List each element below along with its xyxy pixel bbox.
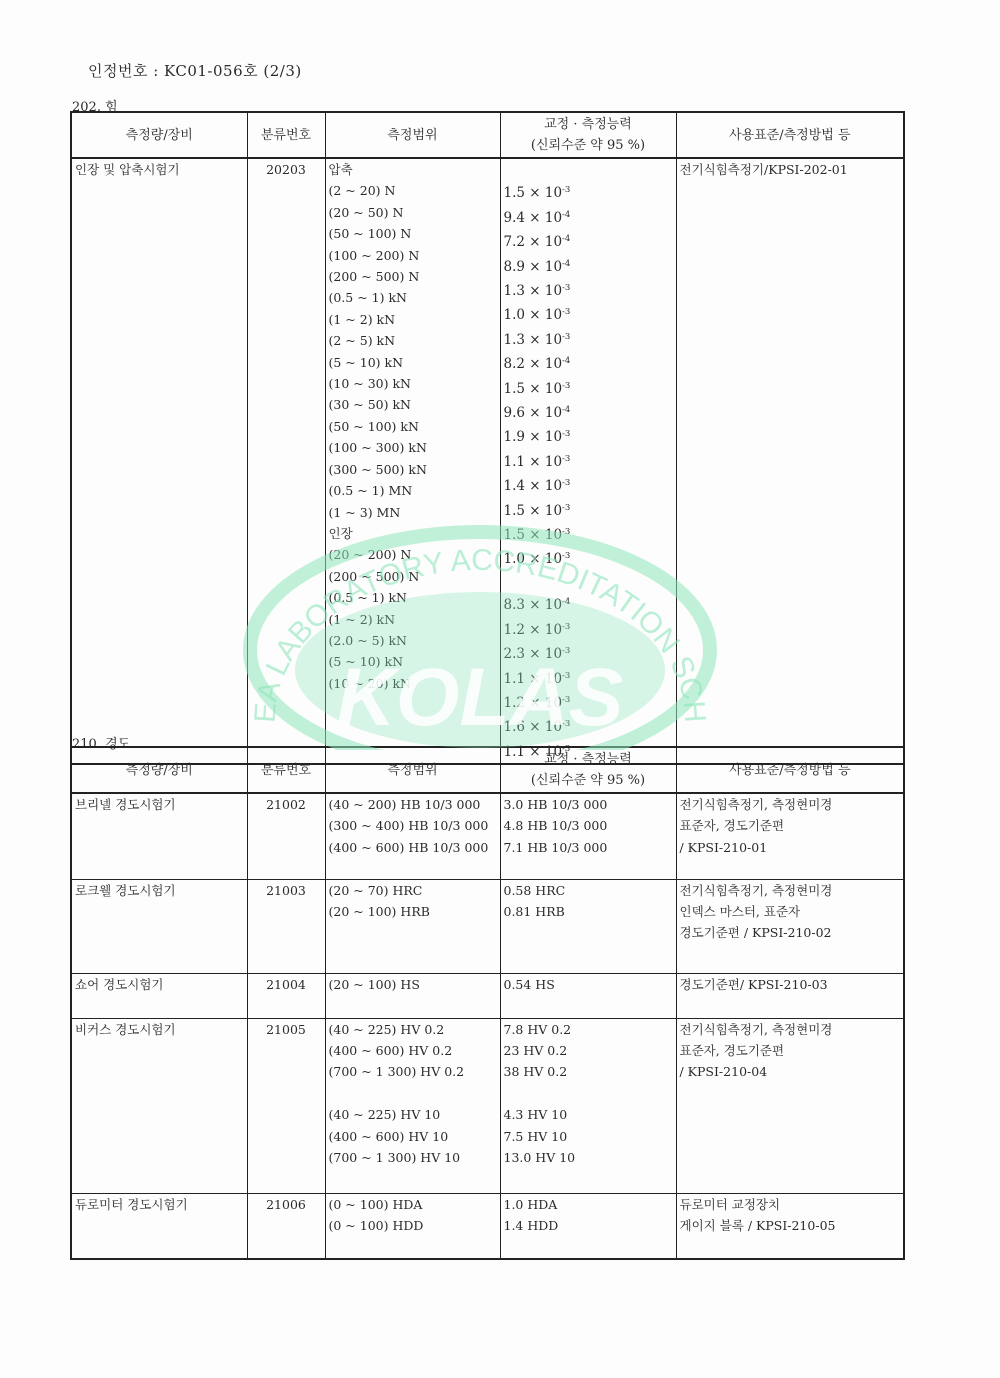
cmc-value: 1.5 × 10-3 (504, 522, 673, 546)
cmc-cell: 0.58 HRC0.81 HRB (500, 879, 676, 973)
cmc-value: 1.3 × 10-3 (504, 327, 673, 351)
cmc-value: 1.9 × 10-3 (504, 424, 673, 448)
item-code: 20203 (247, 158, 325, 764)
standard-line: 전기식힘측정기, 측정현미경 (680, 880, 901, 901)
hardness-table: 측정량/장비 분류번호 측정범위 교정 · 측정능력(신뢰수준 약 95 %) … (70, 746, 905, 1260)
range-value: (300 ~ 500) kN (329, 459, 497, 480)
cmc-cell: 3.0 HB 10/3 0004.8 HB 10/3 0007.1 HB 10/… (500, 793, 676, 879)
cmc-value: 13.0 HV 10 (504, 1147, 673, 1168)
standard-line: / KPSI-210-04 (680, 1061, 901, 1082)
standard-line: / KPSI-210-01 (680, 837, 901, 858)
cmc-value: 7.5 HV 10 (504, 1126, 673, 1147)
standard-line: 경도기준편/ KPSI-210-03 (680, 974, 901, 995)
cmc-value: 9.4 × 10-4 (504, 205, 673, 229)
range-cell: (40 ~ 225) HV 0.2(400 ~ 600) HV 0.2(700 … (325, 1018, 500, 1193)
standard-cell: 전기식힘측정기, 측정현미경인덱스 마스터, 표준자경도기준편 / KPSI-2… (676, 879, 904, 973)
cmc-cell: 7.8 HV 0.223 HV 0.238 HV 0.2 4.3 HV 107.… (500, 1018, 676, 1193)
range-value: (40 ~ 225) HV 10 (329, 1104, 497, 1125)
range-value: (700 ~ 1 300) HV 10 (329, 1147, 497, 1168)
range-cell: (0 ~ 100) HDA(0 ~ 100) HDD (325, 1193, 500, 1259)
standard-line: 표준자, 경도기준편 (680, 1040, 901, 1061)
cmc-value: 0.81 HRB (504, 901, 673, 922)
range-value: (20 ~ 100) HS (329, 974, 497, 995)
item-code: 21003 (247, 879, 325, 973)
range-cell: 압축(2 ~ 20) N(20 ~ 50) N(50 ~ 100) N(100 … (325, 158, 500, 764)
range-value: (1 ~ 3) MN (329, 502, 497, 523)
range-value: (20 ~ 100) HRB (329, 901, 497, 922)
table-row: 브리넬 경도시험기21002(40 ~ 200) HB 10/3 000(300… (71, 793, 904, 879)
cmc-value: 4.3 HV 10 (504, 1104, 673, 1125)
cmc-value: 8.2 × 10-4 (504, 351, 673, 375)
cmc-value: 8.3 × 10-4 (504, 592, 673, 616)
cmc-value: 1.2 × 10-3 (504, 690, 673, 714)
range-value: (50 ~ 100) N (329, 223, 497, 244)
standard-cell: 전기식힘측정기/KPSI-202-01 (676, 158, 904, 764)
range-value: (1 ~ 2) kN (329, 609, 497, 630)
standard-cell: 듀로미터 교정장치게이지 블록 / KPSI-210-05 (676, 1193, 904, 1259)
range-value: (200 ~ 500) N (329, 566, 497, 587)
cmc-value: 1.0 × 10-3 (504, 546, 673, 570)
range-value: (0 ~ 100) HDA (329, 1194, 497, 1215)
cmc-value: 0.58 HRC (504, 880, 673, 901)
standard-line: 인덱스 마스터, 표준자 (680, 901, 901, 922)
range-value: (40 ~ 225) HV 0.2 (329, 1019, 497, 1040)
cmc-value: 1.1 × 10-3 (504, 449, 673, 473)
header-cmc-confidence: (신뢰수준 약 95 %) (504, 135, 673, 156)
cmc-value: 1.4 × 10-3 (504, 473, 673, 497)
table-row: 듀로미터 경도시험기21006(0 ~ 100) HDA(0 ~ 100) HD… (71, 1193, 904, 1259)
header-cmc: 교정 · 측정능력(신뢰수준 약 95 %) (500, 112, 676, 158)
range-value: (400 ~ 600) HB 10/3 000 (329, 837, 497, 858)
item-code: 21002 (247, 793, 325, 879)
certificate-number: 인정번호 : KC01-056호 (2/3) (88, 60, 302, 81)
range-value: (40 ~ 200) HB 10/3 000 (329, 794, 497, 815)
cmc-value: 1.5 × 10-3 (504, 498, 673, 522)
range-value: (10 ~ 20) kN (329, 673, 497, 694)
cmc-value: 1.1 × 10-3 (504, 666, 673, 690)
table-row: 인장 및 압축시험기 20203 압축(2 ~ 20) N(20 ~ 50) N… (71, 158, 904, 764)
range-cell: (20 ~ 100) HS (325, 973, 500, 1018)
group-label: 압축 (329, 159, 497, 180)
range-value: (200 ~ 500) N (329, 266, 497, 287)
header-range: 측정범위 (325, 747, 500, 793)
range-value: (300 ~ 400) HB 10/3 000 (329, 815, 497, 836)
range-value: (0 ~ 100) HDD (329, 1215, 497, 1236)
cmc-value: 8.9 × 10-4 (504, 254, 673, 278)
range-value: (0.5 ~ 1) MN (329, 480, 497, 501)
standard-line: 듀로미터 교정장치 (680, 1194, 901, 1215)
cmc-value: 1.6 × 10-3 (504, 714, 673, 738)
header-range: 측정범위 (325, 112, 500, 158)
cmc-value: 2.3 × 10-3 (504, 641, 673, 665)
item-name: 로크웰 경도시험기 (71, 879, 247, 973)
range-value: (5 ~ 10) kN (329, 651, 497, 672)
range-value: (20 ~ 200) N (329, 544, 497, 565)
range-value: (2 ~ 5) kN (329, 330, 497, 351)
range-value: (2 ~ 20) N (329, 180, 497, 201)
item-name: 비커스 경도시험기 (71, 1018, 247, 1193)
item-code: 21005 (247, 1018, 325, 1193)
header-standard: 사용표준/측정방법 등 (676, 112, 904, 158)
standard-cell: 경도기준편/ KPSI-210-03 (676, 973, 904, 1018)
cmc-value: 3.0 HB 10/3 000 (504, 794, 673, 815)
range-cell: (40 ~ 200) HB 10/3 000(300 ~ 400) HB 10/… (325, 793, 500, 879)
range-cell: (20 ~ 70) HRC(20 ~ 100) HRB (325, 879, 500, 973)
table-row: 로크웰 경도시험기21003(20 ~ 70) HRC(20 ~ 100) HR… (71, 879, 904, 973)
cmc-value (504, 1083, 673, 1104)
header-cmc: 교정 · 측정능력(신뢰수준 약 95 %) (500, 747, 676, 793)
header-cmc-title: 교정 · 측정능력 (504, 749, 673, 770)
range-value: (700 ~ 1 300) HV 0.2 (329, 1061, 497, 1082)
cmc-value: 23 HV 0.2 (504, 1040, 673, 1061)
range-value (329, 1083, 497, 1104)
range-value: (30 ~ 50) kN (329, 394, 497, 415)
header-item: 측정량/장비 (71, 112, 247, 158)
item-name: 듀로미터 경도시험기 (71, 1193, 247, 1259)
item-name: 브리넬 경도시험기 (71, 793, 247, 879)
header-item: 측정량/장비 (71, 747, 247, 793)
range-value: (20 ~ 70) HRC (329, 880, 497, 901)
range-value: (2.0 ~ 5) kN (329, 630, 497, 651)
cmc-value: 7.8 HV 0.2 (504, 1019, 673, 1040)
range-value: (0.5 ~ 1) kN (329, 587, 497, 608)
table-header-row: 측정량/장비 분류번호 측정범위 교정 · 측정능력(신뢰수준 약 95 %) … (71, 747, 904, 793)
cmc-value: 1.5 × 10-3 (504, 376, 673, 400)
cmc-value: 1.3 × 10-3 (504, 278, 673, 302)
range-value: (50 ~ 100) kN (329, 416, 497, 437)
cmc-cell: 1.0 HDA1.4 HDD (500, 1193, 676, 1259)
standard-line: 전기식힘측정기, 측정현미경 (680, 794, 901, 815)
range-value: (20 ~ 50) N (329, 202, 497, 223)
range-value: (10 ~ 30) kN (329, 373, 497, 394)
range-value: (0.5 ~ 1) kN (329, 287, 497, 308)
header-cmc-title: 교정 · 측정능력 (504, 114, 673, 135)
cmc-value: 1.0 HDA (504, 1194, 673, 1215)
cmc-value: 1.5 × 10-3 (504, 180, 673, 204)
cmc-value: 7.2 × 10-4 (504, 229, 673, 253)
item-code: 21006 (247, 1193, 325, 1259)
cmc-value: 9.6 × 10-4 (504, 400, 673, 424)
cmc-value: 4.8 HB 10/3 000 (504, 815, 673, 836)
cmc-value: 1.0 × 10-3 (504, 302, 673, 326)
cmc-value: 1.2 × 10-3 (504, 617, 673, 641)
header-code: 분류번호 (247, 112, 325, 158)
table-header-row: 측정량/장비 분류번호 측정범위 교정 · 측정능력(신뢰수준 약 95 %) … (71, 112, 904, 158)
standard-line: 표준자, 경도기준편 (680, 815, 901, 836)
standard-cell: 전기식힘측정기, 측정현미경표준자, 경도기준편/ KPSI-210-04 (676, 1018, 904, 1193)
table-row: 쇼어 경도시험기21004(20 ~ 100) HS0.54 HS경도기준편/ … (71, 973, 904, 1018)
range-value: (100 ~ 200) N (329, 245, 497, 266)
table-row: 비커스 경도시험기21005(40 ~ 225) HV 0.2(400 ~ 60… (71, 1018, 904, 1193)
force-table: 측정량/장비 분류번호 측정범위 교정 · 측정능력(신뢰수준 약 95 %) … (70, 111, 905, 765)
cmc-value: 38 HV 0.2 (504, 1061, 673, 1082)
spacer (504, 571, 673, 592)
range-value: (400 ~ 600) HV 0.2 (329, 1040, 497, 1061)
cmc-value: 7.1 HB 10/3 000 (504, 837, 673, 858)
range-value: (100 ~ 300) kN (329, 437, 497, 458)
header-standard: 사용표준/측정방법 등 (676, 747, 904, 793)
standard-line: 게이지 블록 / KPSI-210-05 (680, 1215, 901, 1236)
cmc-cell: 0.54 HS (500, 973, 676, 1018)
cmc-cell: 1.5 × 10-39.4 × 10-47.2 × 10-48.9 × 10-4… (500, 158, 676, 764)
spacer (504, 159, 673, 180)
standard-line: 경도기준편 / KPSI-210-02 (680, 922, 901, 943)
item-name: 쇼어 경도시험기 (71, 973, 247, 1018)
range-value: (5 ~ 10) kN (329, 352, 497, 373)
range-value: (400 ~ 600) HV 10 (329, 1126, 497, 1147)
group-label: 인장 (329, 523, 497, 544)
standard-line: 전기식힘측정기, 측정현미경 (680, 1019, 901, 1040)
item-name: 인장 및 압축시험기 (71, 158, 247, 764)
item-code: 21004 (247, 973, 325, 1018)
header-code: 분류번호 (247, 747, 325, 793)
header-cmc-confidence: (신뢰수준 약 95 %) (504, 770, 673, 791)
cmc-value: 1.4 HDD (504, 1215, 673, 1236)
range-value: (1 ~ 2) kN (329, 309, 497, 330)
cmc-value: 0.54 HS (504, 974, 673, 995)
standard-cell: 전기식힘측정기, 측정현미경표준자, 경도기준편/ KPSI-210-01 (676, 793, 904, 879)
